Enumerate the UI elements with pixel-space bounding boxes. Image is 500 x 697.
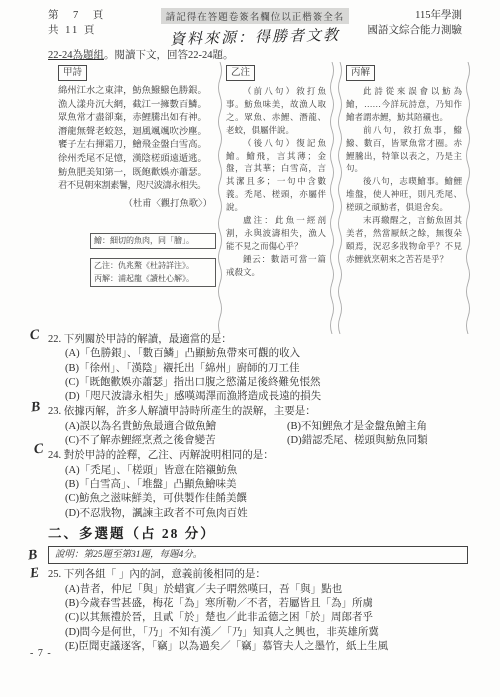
- sources-note-box: 乙注：仇兆鰲《杜詩詳注》。 丙解：浦起龍《讀杜心解》。: [90, 258, 216, 287]
- option: (B)「白雪高」、「堆盤」凸顯魚鱠味美: [65, 478, 476, 492]
- zigzag-divider: [217, 62, 223, 334]
- question-24: 24. 對於甲詩的詮釋，乙注、丙解說明相同的是： (A)「禿尾」、「槎頭」皆意在…: [48, 449, 476, 520]
- option: (B)不知鯉魚才是金盤魚鱠主角: [287, 420, 476, 434]
- option: (A)昔者，仲尼「與」於蜡賓／夫子喟然嘆曰，吾「與」點也: [65, 583, 476, 597]
- handwritten-answer-q25-1: B: [27, 548, 38, 565]
- option: (A)誤以為名貴魴魚最適合做魚鱠: [65, 420, 287, 434]
- handwritten-answer-q24: C: [33, 442, 44, 459]
- question-22-options: (A)「色勝銀」、「數百鱗」凸顯魴魚帶來可觀的收入 (B)「徐州」、「漢陰」襯托…: [48, 347, 476, 404]
- column-bing-explanation: 丙解 此詩從來誤會以魴為鱠，……今詳玩詩意，乃知作鱠者謂赤鯉，魴其陪襯也。 前八…: [344, 62, 464, 334]
- option: (C)不了解赤鯉經烹煮之後會變苦: [65, 434, 287, 448]
- question-stem: 對於甲詩的詮釋，乙注、丙解說明相同的是：: [64, 450, 274, 461]
- label-jia: 甲詩: [58, 65, 87, 81]
- source-line: 丙解：浦起龍《讀杜心解》。: [94, 273, 212, 286]
- column-yi-annotation: 乙注 （前八句）敘打魚事。魴魚味美，故漁人取之。眾魚、赤鯉、潛龍、老蛟，俱屬伴說…: [224, 62, 328, 334]
- question-22: 22. 下列關於甲詩的解讀，最適當的是： (A)「色勝銀」、「數百鱗」凸顯魴魚帶…: [48, 333, 476, 404]
- yi-paragraph: （後八句）復記魚鱠。鱠飛，言其薄；金盤，言其華；白雪高，言其潔且多；一句中含數義…: [226, 137, 326, 214]
- question-number: 22.: [48, 334, 61, 345]
- signature-reminder-stamp: 請記得在答題卷簽名欄位以正楷簽全名: [161, 8, 350, 24]
- page-number-line2: 共 11 頁: [48, 23, 105, 38]
- poem-line: 綿州江水之東津，魴魚鱍鱍色勝銀。: [58, 85, 216, 99]
- poem-attribution: （杜甫〈觀打魚歌〉）: [58, 195, 216, 209]
- question-stem: 下列各組「 」內的詞，意義前後相同的是：: [64, 569, 266, 580]
- option: (C)「既飽歡娛亦蕭瑟」指出口腹之慾滿足後終難免悵然: [65, 376, 476, 390]
- page-number-block: 第 7 頁 共 11 頁: [48, 8, 105, 38]
- option: (D)「咫尺波濤永相失」感嘆竭澤而漁將造成長遠的損失: [65, 390, 476, 404]
- question-24-options: (A)「禿尾」、「槎頭」皆意在陪襯魴魚 (B)「白雪高」、「堆盤」凸顯魚鱠味美 …: [48, 464, 476, 521]
- option: (D)問今是何世，「乃」不知有漢／「乃」知真人之興也，非英雄所冀: [65, 626, 476, 640]
- question-group-intro: 22-24為題組。閱讀下文，回答22-24題。: [48, 47, 234, 62]
- column-jia-poem: 甲詩 綿州江水之東津，魴魚鱍鱍色勝銀。 漁人漾舟沉大網，截江一擁數百鱗。 眾魚常…: [58, 62, 216, 334]
- section-two-title: 二、多選題（占 28 分）: [48, 527, 476, 541]
- page-footer-number: - 7 -: [30, 648, 52, 659]
- question-stem: 下列關於甲詩的解讀，最適當的是：: [64, 334, 232, 345]
- option: (B)今歲春雪甚盛，梅花「為」寒所勒／不者，若屬皆且「為」所虜: [65, 597, 476, 611]
- handwritten-source-note: 資料來源：得勝者文教: [150, 23, 360, 49]
- exam-subject: 國語文綜合能力測驗: [368, 23, 463, 38]
- option: (C)魴魚之滋味鮮美，可供製作佳餚美饌: [65, 492, 476, 506]
- exam-title-block: 115年學測 國語文綜合能力測驗: [368, 8, 463, 38]
- label-yi: 乙注: [226, 65, 255, 81]
- exam-page: 第 7 頁 共 11 頁 請記得在答題卷簽名欄位以正楷簽全名 資料來源：得勝者文…: [0, 0, 500, 697]
- yi-paragraph: 盧注：此魚一經剖割，永與波濤相失，漁人能不見之而傷心乎？: [226, 214, 326, 253]
- poem-line: 君不見朝來割素鬐，咫尺波濤永相失。: [58, 180, 216, 194]
- label-bing: 丙解: [346, 65, 375, 81]
- handwritten-answer-q25-2: E: [29, 566, 40, 583]
- bing-paragraph: 此詩從來誤會以魴為鱠，……今詳玩詩意，乃知作鱠者謂赤鯉，魴其陪襯也。: [346, 85, 462, 124]
- zigzag-divider: [465, 62, 471, 334]
- gloss-note-box: 鱠：細切的魚肉，同「膾」。: [90, 233, 216, 250]
- zigzag-divider: [329, 62, 335, 334]
- question-23-options: (A)誤以為名貴魴魚最適合做魚鱠 (B)不知鯉魚才是金盤魚鱠主角 (C)不了解赤…: [48, 420, 476, 449]
- header-center-block: 請記得在答題卷簽名欄位以正楷簽全名 資料來源：得勝者文教: [150, 7, 360, 47]
- handwritten-answer-q22: C: [29, 328, 40, 345]
- zigzag-divider: [337, 62, 343, 334]
- option: (B)「徐州」、「漢陰」襯托出「綿州」廚師的刀工佳: [65, 362, 476, 376]
- page-number-line1: 第 7 頁: [48, 8, 105, 23]
- question-number: 24.: [48, 450, 61, 461]
- poem-text: 綿州江水之東津，魴魚鱍鱍色勝銀。 漁人漾舟沉大網，截江一擁數百鱗。 眾魚常才盡卻…: [58, 85, 216, 194]
- option: (C)以其無禮於晉，且貳「於」楚也／此非孟德之困「於」周郎者乎: [65, 611, 476, 625]
- exam-year: 115年學測: [368, 8, 463, 23]
- questions-section: 22. 下列關於甲詩的解讀，最適當的是： (A)「色勝銀」、「數百鱗」凸顯魴魚帶…: [48, 333, 476, 655]
- section-two-instruction-box: 說明：第25題至第31題，每題4分。: [48, 546, 468, 564]
- question-group-range: 22-24為題組: [48, 50, 104, 61]
- poem-line: 漁人漾舟沉大網，截江一擁數百鱗。: [58, 99, 216, 113]
- question-23: 23. 依據丙解，許多人解讀甲詩時所產生的誤解，主要是： (A)誤以為名貴魴魚最…: [48, 405, 476, 448]
- option: (D)不忍戕物，諷諫主政者不可魚肉百姓: [65, 507, 476, 521]
- question-25: 25. 下列各組「 」內的詞，意義前後相同的是： (A)昔者，仲尼「與」於蜡賓／…: [48, 568, 476, 654]
- source-line: 乙注：仇兆鰲《杜詩詳注》。: [94, 260, 212, 273]
- question-25-options: (A)昔者，仲尼「與」於蜡賓／夫子喟然嘆曰，吾「與」點也 (B)今歲春雪甚盛，梅…: [48, 583, 476, 654]
- poem-line: 饔子左右揮霜刀，鱠飛金盤白雪高。: [58, 139, 216, 153]
- bing-paragraph: 末再繳醒之，言魴魚固其美者，然當厭飫之餘，無復朵頤焉，況忍多戕物命乎？不見赤鯉就…: [346, 214, 462, 266]
- option: (A)「色勝銀」、「數百鱗」凸顯魴魚帶來可觀的收入: [65, 347, 476, 361]
- reading-passage: 甲詩 綿州江水之東津，魴魚鱍鱍色勝銀。 漁人漾舟沉大網，截江一擁數百鱗。 眾魚常…: [58, 62, 462, 334]
- poem-line: 徐州禿尾不足憶，漢陰槎頭遠遁逃。: [58, 153, 216, 167]
- yi-paragraph: 鍾云：數語可當一篇戒殺文。: [226, 253, 326, 279]
- bing-paragraph: 後八句，志喫鱠事。鱠鯉堆盤，使人神旺，則凡禿尾、槎頭之頑魴者，俱退舍矣。: [346, 175, 462, 214]
- option: (A)「禿尾」、「槎頭」皆意在陪襯魴魚: [65, 464, 476, 478]
- question-number: 25.: [48, 569, 61, 580]
- poem-line: 潛龍無聲老蛟怒，迴風颯颯吹沙塵。: [58, 126, 216, 140]
- poem-line: 眾魚常才盡卻棄，赤鯉騰出如有神。: [58, 112, 216, 126]
- question-group-instruction: 。閱讀下文，回答22-24題。: [104, 50, 234, 61]
- question-stem: 依據丙解，許多人解讀甲詩時所產生的誤解，主要是：: [64, 406, 316, 417]
- yi-paragraph: （前八句）敘打魚事。魴魚味美，故漁人取之。眾魚、赤鯉、潛龍、老蛟，俱屬伴說。: [226, 85, 326, 137]
- poem-line: 魴魚肥美知第一，既飽歡娛亦蕭瑟。: [58, 167, 216, 181]
- option: (E)臣聞吏議逐客，「竊」以為過矣／「竊」慕管夫人之墨竹，紙上生風: [65, 640, 476, 654]
- handwritten-answer-q23: B: [30, 400, 41, 417]
- bing-paragraph: 前八句，敘打魚事，鱍鱍、數百，皆眾魚常才圈。赤鯉騰出，特筆以表之，乃是主句。: [346, 124, 462, 176]
- question-number: 23.: [48, 406, 61, 417]
- option: (D)錯認禿尾、槎頭與魴魚同類: [287, 434, 476, 448]
